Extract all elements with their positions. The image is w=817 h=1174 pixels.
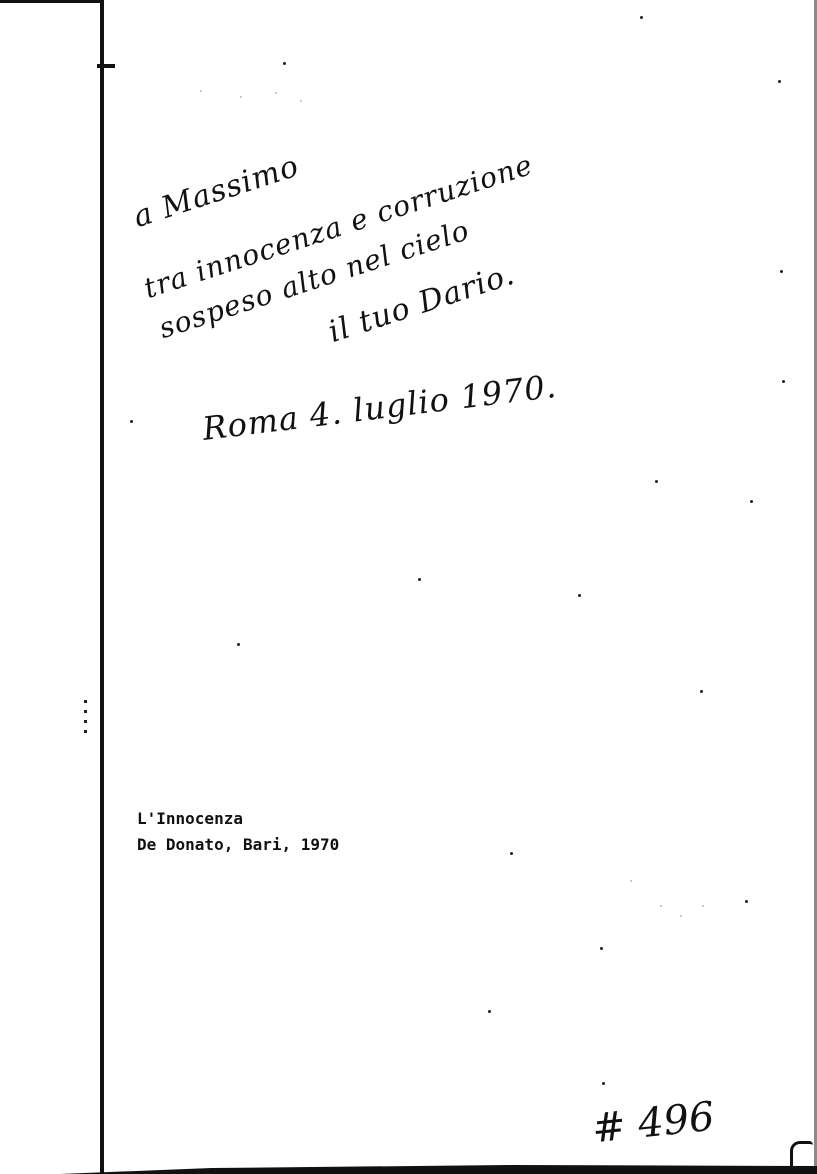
scan-speck [237,643,240,646]
scan-speck [745,900,748,903]
scan-speck [630,880,632,882]
book-spine-line [100,0,104,1174]
scan-speck [602,1082,605,1085]
scan-speck [275,92,277,94]
scan-speck [130,420,133,423]
scan-speck [778,80,781,83]
dedication-line: a Massimo [129,149,303,235]
book-title: L'Innocenza [137,809,243,828]
dedication-place-date: Roma 4. luglio 1970. [200,367,558,448]
scan-artifact-dots [84,700,87,740]
scan-edge-bottom [60,1164,817,1174]
scan-speck [418,578,421,581]
scan-speck [283,62,286,65]
scan-speck [702,905,704,907]
scan-speck [680,915,682,917]
scan-speck [780,270,783,273]
scan-speck [578,594,581,597]
scan-speck [200,90,202,92]
scan-speck [750,500,753,503]
publication-info: De Donato, Bari, 1970 [137,835,339,854]
scan-speck [510,852,513,855]
scan-speck [240,96,242,98]
catalog-number: # 496 [590,1094,717,1153]
scan-speck [700,690,703,693]
scan-speck [655,480,658,483]
scan-speck [660,905,662,907]
scan-speck [600,947,603,950]
spine-tick-mark [97,64,115,68]
scanned-page: a Massimo tra innocenza e corruzione sos… [0,0,817,1174]
scan-speck [782,380,785,383]
scan-speck [640,16,643,19]
scan-edge-top [0,0,100,3]
scan-speck [300,100,302,102]
corner-artifact [790,1141,813,1168]
scan-speck [488,1010,491,1013]
